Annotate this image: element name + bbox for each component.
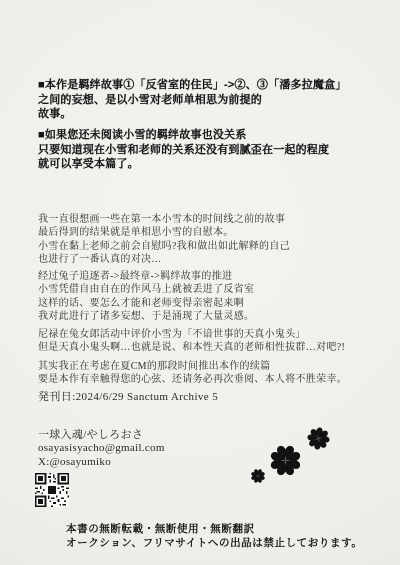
- text-line: 本書の無断転載・無断使用・無断翻訳: [66, 523, 362, 537]
- afterword-paragraph-3: 尼禄在兔女郎活动中评价小雪为「不谙世事的天真小鬼头」 但是天真小鬼头啊…也就是说…: [38, 328, 345, 355]
- text-line: 经过兔子追逐者->最终章->羁绊故事的推进: [38, 270, 254, 283]
- text-line: 也进行了一番认真的对决…: [38, 253, 290, 266]
- text-line: 尼禄在兔女郎活动中评价小雪为「不谙世事的天真小鬼头」: [38, 328, 345, 341]
- qr-code: [35, 473, 69, 507]
- text-line: 我一直很想画一些在第一本小雪本的时间线之前的故事: [38, 213, 290, 226]
- publication-date: 発刊日:2024/6/29 Sanctum Archive 5: [38, 391, 218, 404]
- text-line: オークション、フリマサイトへの出品は禁止しております。: [66, 537, 362, 551]
- afterword-paragraph-2: 经过兔子追逐者->最终章->羁绊故事的推进 小雪凭借自由自在的作风马上就被丢进了…: [38, 270, 254, 324]
- author-email: osayasisyacho@gmail.com: [38, 442, 165, 455]
- text-line: 我对此进行了诸多妄想、于是涌现了大量灵感。: [38, 310, 254, 323]
- text-line: 之间的妄想、是以小雪对老师单相思为前提的: [38, 93, 347, 108]
- text-line: 要是本作有幸触得您的心弦、还请务必再次垂阅、本人将不胜荣幸。: [38, 373, 347, 386]
- text-line: 最后得到的结果就是单相思小雪的自慰本。: [38, 226, 290, 239]
- text-line: 其实我正在考虑在夏CM的那段时间推出本作的续篇: [38, 360, 347, 373]
- text-line: 小雪在黏上老师之前会自慰吗?我和做出如此解释的自己: [38, 240, 290, 253]
- circle-name: 一球入魂/やしろおさ: [38, 429, 165, 442]
- legal-notice: 本書の無断転載・無断使用・無断翻訳 オークション、フリマサイトへの出品は禁止して…: [66, 523, 362, 550]
- afterword-paragraph-1: 我一直很想画一些在第一本小雪本的时间线之前的故事 最后得到的结果就是单相思小雪的…: [38, 213, 290, 267]
- text-line: 小雪凭借自由自在的作风马上就被丢进了反省室: [38, 283, 254, 296]
- text-line: 但是天真小鬼头啊…也就是说、和本性天真的老师相性拔群…对吧?!: [38, 341, 345, 354]
- clover-icon: [247, 465, 270, 488]
- author-contact: 一球入魂/やしろおさ osayasisyacho@gmail.com X:@os…: [38, 429, 165, 469]
- text-line: 就可以享受本篇了。: [38, 157, 329, 172]
- text-line: ■本作是羁绊故事①「反省室的住民」->②、③「潘多拉魔盒」: [38, 78, 347, 93]
- text-line: 只要知道现在小雪和老师的关系还没有到腻歪在一起的程度: [38, 143, 329, 158]
- note-series-context: ■本作是羁绊故事①「反省室的住民」->②、③「潘多拉魔盒」 之间的妄想、是以小雪…: [38, 78, 347, 122]
- text-line: 故事。: [38, 107, 347, 122]
- text-line: ■如果您还未阅读小雪的羁绊故事也没关系: [38, 128, 329, 143]
- scanned-afterword-page: ■本作是羁绊故事①「反省室的住民」->②、③「潘多拉魔盒」 之间的妄想、是以小雪…: [0, 0, 400, 565]
- afterword-paragraph-4: 其实我正在考虑在夏CM的那段时间推出本作的续篇 要是本作有幸触得您的心弦、还请务…: [38, 360, 347, 387]
- note-reader-guidance: ■如果您还未阅读小雪的羁绊故事也没关系 只要知道现在小雪和老师的关系还没有到腻歪…: [38, 128, 329, 172]
- clover-icon: [301, 421, 335, 455]
- text-line: 这样的话、要怎么才能和老师变得亲密起来啊: [38, 297, 254, 310]
- author-twitter-handle: X:@osayumiko: [38, 456, 165, 469]
